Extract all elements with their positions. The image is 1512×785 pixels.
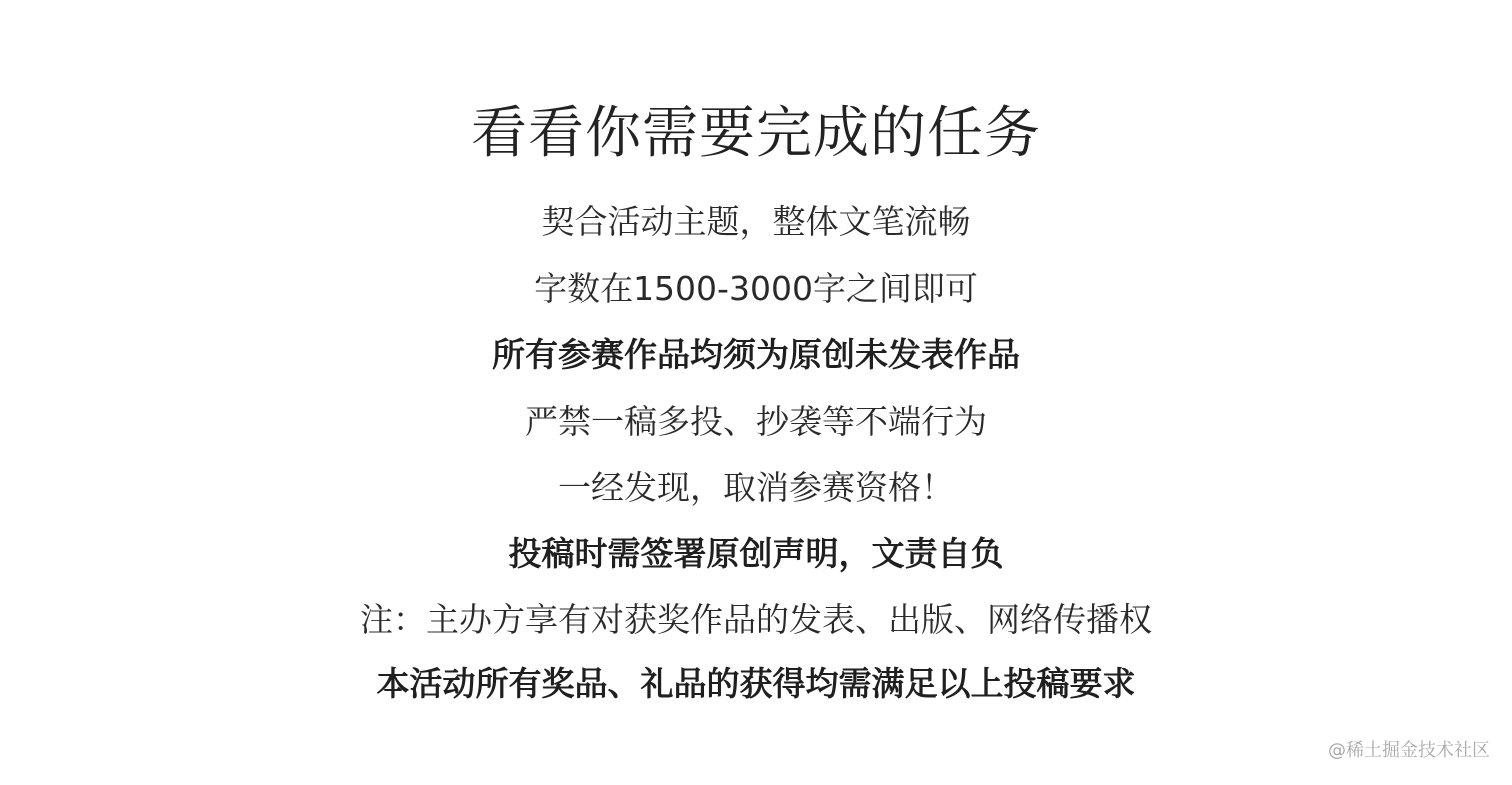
requirement-no-plagiarism: 严禁一稿多投、抄袭等不端行为 bbox=[0, 400, 1512, 444]
requirement-theme: 契合活动主题，整体文笔流畅 bbox=[0, 200, 1512, 244]
requirement-disqualification: 一经发现，取消参赛资格！ bbox=[0, 466, 1512, 510]
watermark: @稀土掘金技术社区 bbox=[1328, 739, 1490, 763]
note-prize-eligibility: 本活动所有奖品、礼品的获得均需满足以上投稿要求 bbox=[0, 662, 1512, 706]
note-publication-rights: 注：主办方享有对获奖作品的发表、出版、网络传播权 bbox=[0, 598, 1512, 642]
requirement-word-count: 字数在1500-3000字之间即可 bbox=[0, 267, 1512, 311]
page-title: 看看你需要完成的任务 bbox=[0, 98, 1512, 170]
requirement-declaration: 投稿时需签署原创声明，文责自负 bbox=[0, 532, 1512, 576]
requirement-original: 所有参赛作品均须为原创未发表作品 bbox=[0, 333, 1512, 377]
